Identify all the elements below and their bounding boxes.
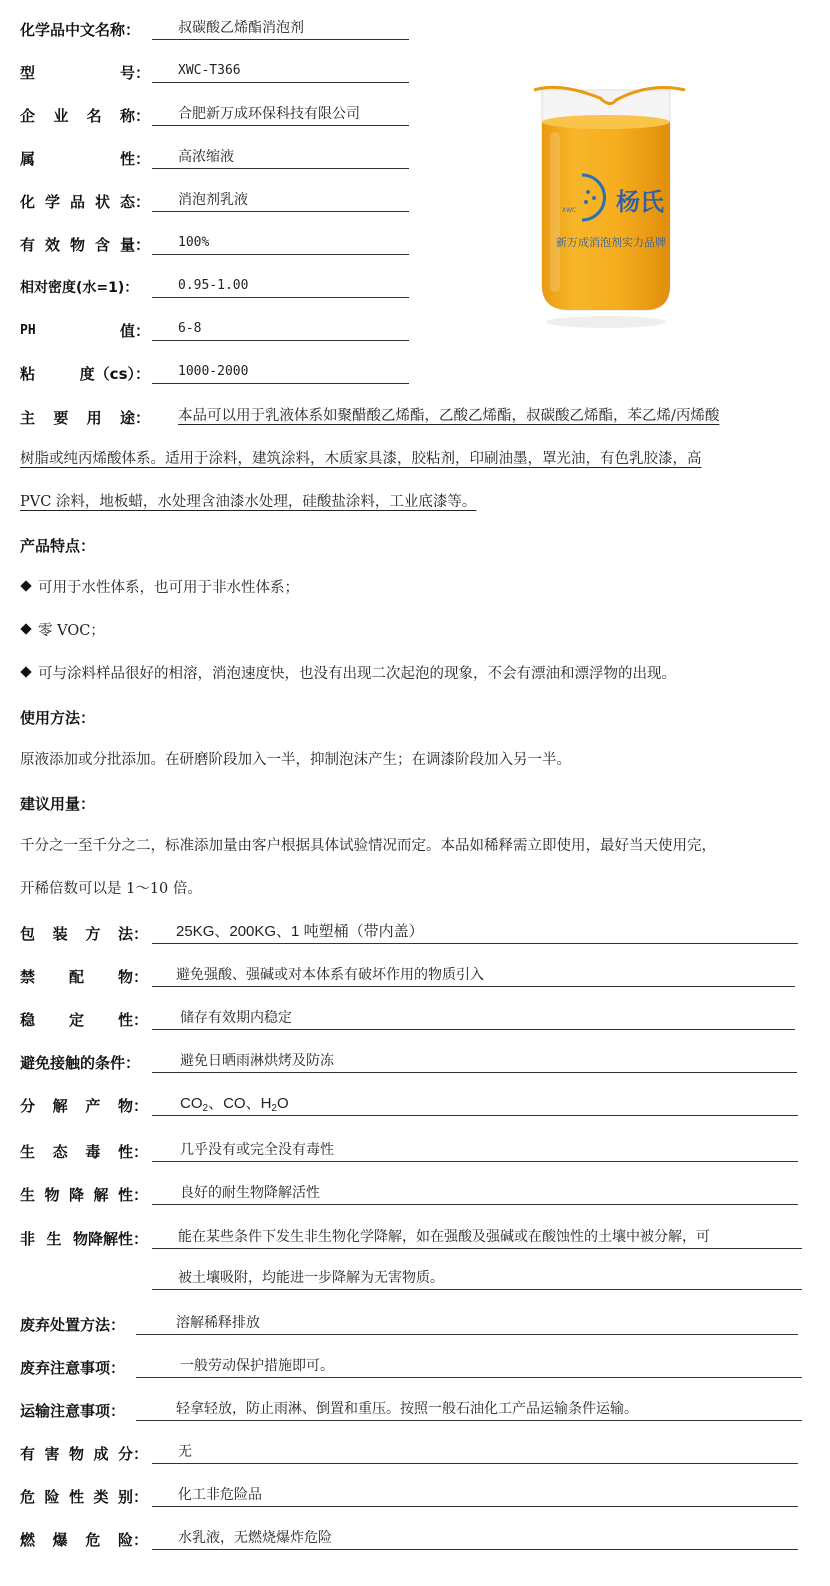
field-value: 高浓缩液 (152, 147, 409, 169)
field-label: 禁配物： (20, 967, 148, 987)
field-value: 0.95-1.00 (152, 276, 409, 298)
field-value: 能在某些条件下发生非生物化学降解，如在强酸及强碱或在酸蚀性的土壤中被分解，可 (152, 1227, 802, 1249)
field-value: 几乎没有或完全没有毒性 (152, 1140, 798, 1162)
logo-sub-text: XWC (562, 207, 576, 214)
field-label: 危险性类别： (20, 1487, 148, 1507)
field-value: 1000-2000 (152, 362, 409, 384)
field-label: 废弃注意事项： (20, 1358, 148, 1378)
beaker-icon: XWC 杨氏 新万成消泡剂实力品牌 (520, 60, 690, 340)
feature-item: 可用于水性体系，也可用于非水性体系； (20, 578, 299, 598)
method-title: 使用方法： (20, 707, 95, 728)
field-value: 储存有效期内稳定 (152, 1008, 795, 1030)
diamond-bullet-icon (20, 623, 31, 634)
field-label: 稳定性： (20, 1010, 148, 1030)
field-value: 合肥新万成环保科技有限公司 (152, 104, 409, 126)
field-label: 粘度（cs）： (20, 364, 150, 384)
field-value: 无 (152, 1442, 798, 1464)
field-label: 化学品状态： (20, 192, 150, 212)
field-value: 避免强酸、强碱或对本体系有破坏作用的物质引入 (152, 965, 795, 987)
field-label: 包装方法： (20, 924, 148, 944)
svg-text:杨氏: 杨氏 (616, 187, 665, 216)
usage-line-2: 树脂或纯丙烯酸体系。适用于涂料，建筑涂料，木质家具漆，胶粘剂，印刷油墨，罩光油，… (20, 449, 702, 469)
field-value: CO2、CO、H2O (152, 1094, 798, 1116)
field-value: 良好的耐生物降解活性 (152, 1183, 798, 1205)
field-value: 25KG、200KG、1 吨塑桶（带内盖） (152, 922, 798, 944)
diamond-bullet-icon (20, 580, 31, 591)
feature-item: 可与涂料样品很好的相溶，消泡速度快，也没有出现二次起泡的现象，不会有漂油和漂浮物… (20, 664, 676, 684)
dosage-line-2: 开稀倍数可以是 1～10 倍。 (20, 879, 202, 899)
field-value: 化工非危险品 (152, 1485, 798, 1507)
field-label: 生态毒性： (20, 1142, 148, 1162)
field-value: 轻拿轻放，防止雨淋、倒置和重压。按照一般石油化工产品运输条件运输。 (136, 1399, 802, 1421)
field-label: 燃爆危险： (20, 1530, 148, 1550)
field-label: 企业名称： (20, 106, 150, 126)
usage-line-3: PVC 涂料，地板蜡，水处理含油漆水处理，硅酸盐涂料，工业底漆等。 (20, 492, 476, 512)
field-label: 有害物成分： (20, 1444, 148, 1464)
field-value: 叔碳酸乙烯酯消泡剂 (152, 18, 409, 40)
field-label: 废弃处置方法： (20, 1315, 148, 1335)
field-label: 属性： (20, 149, 150, 169)
svg-text:新万成消泡剂实力品牌: 新万成消泡剂实力品牌 (556, 235, 666, 249)
field-value: 消泡剂乳液 (152, 190, 409, 212)
field-label: 非生物降解性： (20, 1229, 148, 1249)
usage-label: 主要用途： (20, 408, 150, 428)
field-value: XWC-T366 (152, 61, 409, 83)
field-label: 生物降解性： (20, 1185, 148, 1205)
field-label: 分解产物： (20, 1096, 148, 1116)
method-text: 原液添加或分批添加。在研磨阶段加入一半，抑制泡沫产生；在调漆阶段加入另一半。 (20, 750, 571, 770)
field-label: 化学品中文名称： (20, 20, 150, 40)
dosage-title: 建议用量： (20, 793, 95, 814)
product-image: XWC 杨氏 新万成消泡剂实力品牌 (520, 60, 690, 340)
field-value: 一般劳动保护措施即可。 (136, 1356, 802, 1378)
field-label: 运输注意事项： (20, 1401, 148, 1421)
field-value: 溶解稀释排放 (136, 1313, 798, 1335)
feature-item: 零 VOC； (20, 621, 105, 641)
diamond-bullet-icon (20, 666, 31, 677)
features-title: 产品特点： (20, 535, 95, 556)
dosage-line-1: 千分之一至千分之二，标准添加量由客户根据具体试验情况而定。本品如稀释需立即使用，… (20, 836, 716, 856)
field-label: 避免接触的条件： (20, 1053, 148, 1073)
field-value-cont: 被土壤吸附，均能进一步降解为无害物质。 (152, 1268, 802, 1290)
field-label: PH值： (20, 321, 150, 341)
usage-line-1: 本品可以用于乳液体系如聚醋酸乙烯酯，乙酸乙烯酯，叔碳酸乙烯酯，苯乙烯/丙烯酸 (152, 406, 719, 426)
field-value: 避免日晒雨淋烘烤及防冻 (152, 1051, 797, 1073)
field-label: 有效物含量： (20, 235, 150, 255)
field-value: 水乳液，无燃烧爆炸危险 (152, 1528, 798, 1550)
field-value: 6-8 (152, 319, 409, 341)
field-label: 相对密度(水=1)： (20, 278, 150, 298)
field-value: 100% (152, 233, 409, 255)
field-label: 型号： (20, 63, 150, 83)
